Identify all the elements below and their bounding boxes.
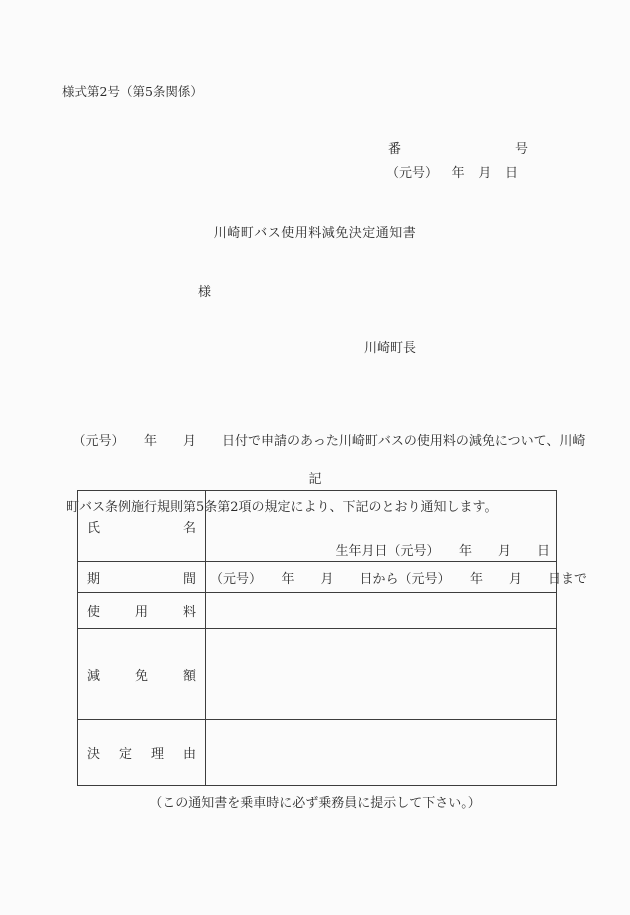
date-month: 月 [478,162,491,181]
footer-note: （この通知書を乗車時に必ず乗務員に提示して下さい。） [0,792,630,811]
date-day: 日 [505,162,518,181]
row-value-decision-reason [206,720,556,785]
notice-table: 氏名 生年月日（元号） 年 月 日 期間 （元号） 年 月 日から（元号） 年 … [77,490,557,786]
row-label-reduction-amount: 減免額 [78,629,206,719]
row-label-reduction-amount-text: 減免額 [87,665,196,684]
table-row-usage-fee: 使用料 [78,592,556,628]
sender-title: 川崎町長 [364,337,416,356]
row-label-name: 氏名 [78,491,206,561]
row-value-usage-fee [206,593,556,628]
addressee-honorific: 様 [198,281,211,300]
row-label-usage-fee-text: 使用料 [87,601,196,620]
body-line-1: （元号） 年 月 日付で申請のあった川崎町バスの使用料の減免について、川崎 [66,431,568,453]
doc-number-suffix: 号 [515,138,528,157]
row-value-name: 生年月日（元号） 年 月 日 [206,491,556,561]
record-mark: 記 [0,468,630,487]
row-value-reduction-amount [206,629,556,719]
row-label-period-text: 期間 [87,568,196,587]
period-line: （元号） 年 月 日から（元号） 年 月 日まで [206,568,587,587]
table-row-period: 期間 （元号） 年 月 日から（元号） 年 月 日まで [78,561,556,592]
row-label-decision-reason: 決定理由 [78,720,206,785]
table-row-decision-reason: 決定理由 [78,719,556,785]
table-row-reduction-amount: 減免額 [78,628,556,719]
birthdate-line: 生年月日（元号） 年 月 日 [335,540,550,559]
row-label-period: 期間 [78,562,206,592]
issue-date-line: （元号） 年 月 日 [386,162,518,181]
row-value-period: （元号） 年 月 日から（元号） 年 月 日まで [206,562,587,592]
doc-title: 川崎町バス使用料減免決定通知書 [0,222,630,241]
doc-number-prefix: 番 [388,138,401,157]
date-year: 年 [452,162,465,181]
row-label-decision-reason-text: 決定理由 [87,743,196,762]
form-label: 様式第2号（第5条関係） [62,82,203,100]
date-era: （元号） [386,162,438,181]
table-row-name: 氏名 生年月日（元号） 年 月 日 [78,491,556,561]
row-label-usage-fee: 使用料 [78,593,206,628]
doc-number-line: 番 号 [388,138,528,157]
row-label-name-text: 氏名 [87,517,196,536]
document-page: 様式第2号（第5条関係） 番 号 （元号） 年 月 日 川崎町バス使用料減免決定… [0,0,630,915]
